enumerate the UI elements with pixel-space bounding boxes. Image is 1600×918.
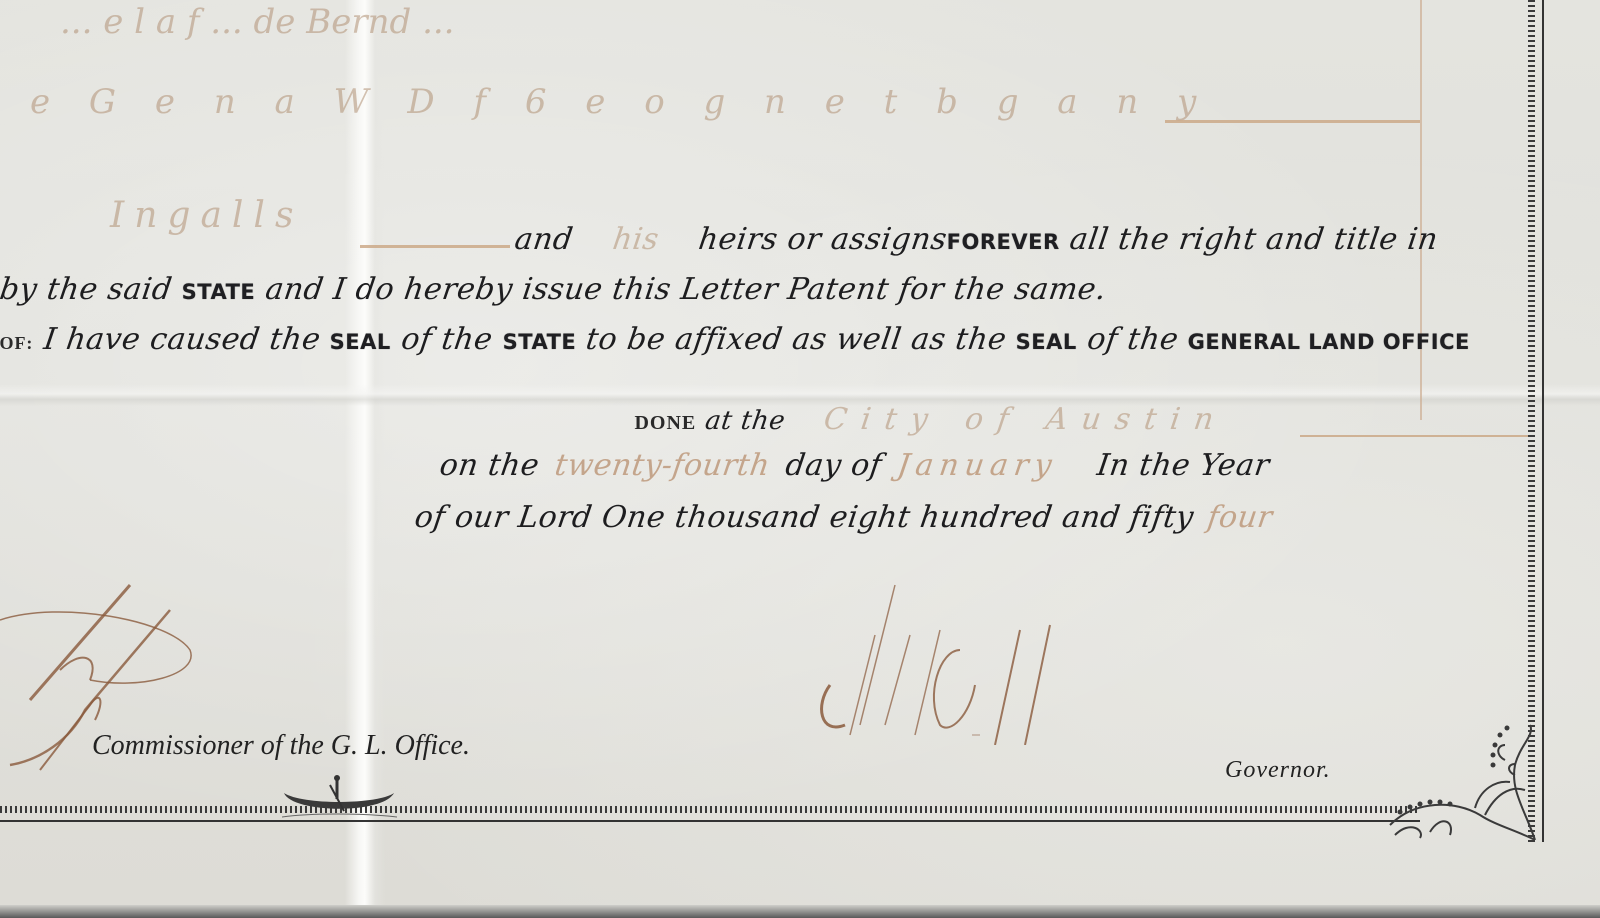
heirs-or-assigns: heirs or assigns xyxy=(696,222,949,257)
on-the-text: on the xyxy=(438,448,542,483)
issue-letter-patent-text: and I do hereby issue this Letter Patent… xyxy=(263,272,1108,307)
caps-general-land-office: GENERAL LAND OFFICE xyxy=(1188,330,1470,354)
blank-fill-rule-1 xyxy=(1165,120,1420,123)
field-margin-rule xyxy=(1420,0,1422,420)
governor-signature xyxy=(800,575,1100,745)
handwritten-day: twenty-fourth xyxy=(553,448,773,483)
caps-state: STATE xyxy=(182,280,256,304)
of-the-text: of the xyxy=(399,322,495,357)
word-and: and xyxy=(513,222,576,257)
blank-fill-rule-2 xyxy=(360,245,510,248)
corner-ornament-icon xyxy=(1385,720,1545,845)
affixed-text: to be affixed as well as the xyxy=(584,322,1009,357)
day-of-text: day of xyxy=(783,448,884,483)
caps-done: DONE xyxy=(634,412,696,435)
line5-text: OF: I have caused the SEAL of the STATE … xyxy=(0,322,1473,357)
at-the-text: at the xyxy=(703,406,787,436)
line8-text: of our Lord One thousand eight hundred a… xyxy=(413,500,1275,535)
right-and-title-text: all the right and title in xyxy=(1067,222,1440,257)
caps-forever: FOREVER xyxy=(947,230,1060,254)
line7-text: on the twenty-fourth day of January In t… xyxy=(438,448,1272,483)
line3-text: and his heirs or assignsFOREVER all the … xyxy=(513,222,1441,257)
governor-label: Governor. xyxy=(1225,757,1331,784)
handwritten-place: City of Austin xyxy=(822,402,1230,437)
handwritten-his: his xyxy=(611,222,662,257)
canoe-vignette-icon xyxy=(282,775,397,820)
caused-the-text: I have caused the xyxy=(42,322,323,357)
line6-text: DONE at the City of Austin xyxy=(633,402,1230,437)
line4-text: by the said STATE and I do hereby issue … xyxy=(0,272,1109,307)
year-text: of our Lord One thousand eight hundred a… xyxy=(413,500,1196,535)
handwritten-line-2: e G e n a W D f 6 e o g n e t b g a n y xyxy=(30,82,1210,122)
handwritten-month: January xyxy=(895,448,1060,483)
blank-fill-rule-3 xyxy=(1300,435,1530,437)
greek-key-border-bottom xyxy=(0,806,1420,822)
handwritten-year-suffix: four xyxy=(1205,500,1275,535)
handwritten-grantee: Ingalls xyxy=(110,195,303,236)
frame-shadow xyxy=(0,905,1600,918)
in-the-year-text: In the Year xyxy=(1095,448,1272,483)
caps-state-2: STATE xyxy=(502,330,576,354)
caps-of: OF: xyxy=(0,333,33,354)
caps-seal-office: SEAL xyxy=(1016,330,1077,354)
greek-key-border-right xyxy=(1528,0,1544,842)
of-the-text-2: of the xyxy=(1085,322,1181,357)
by-the-said-text: by the said xyxy=(0,272,174,307)
caps-seal-state: SEAL xyxy=(330,330,391,354)
commissioner-label: Commissioner of the G. L. Office. xyxy=(92,730,470,762)
handwritten-line-1: ... e l a f ... de Bernd ... xyxy=(60,2,455,42)
